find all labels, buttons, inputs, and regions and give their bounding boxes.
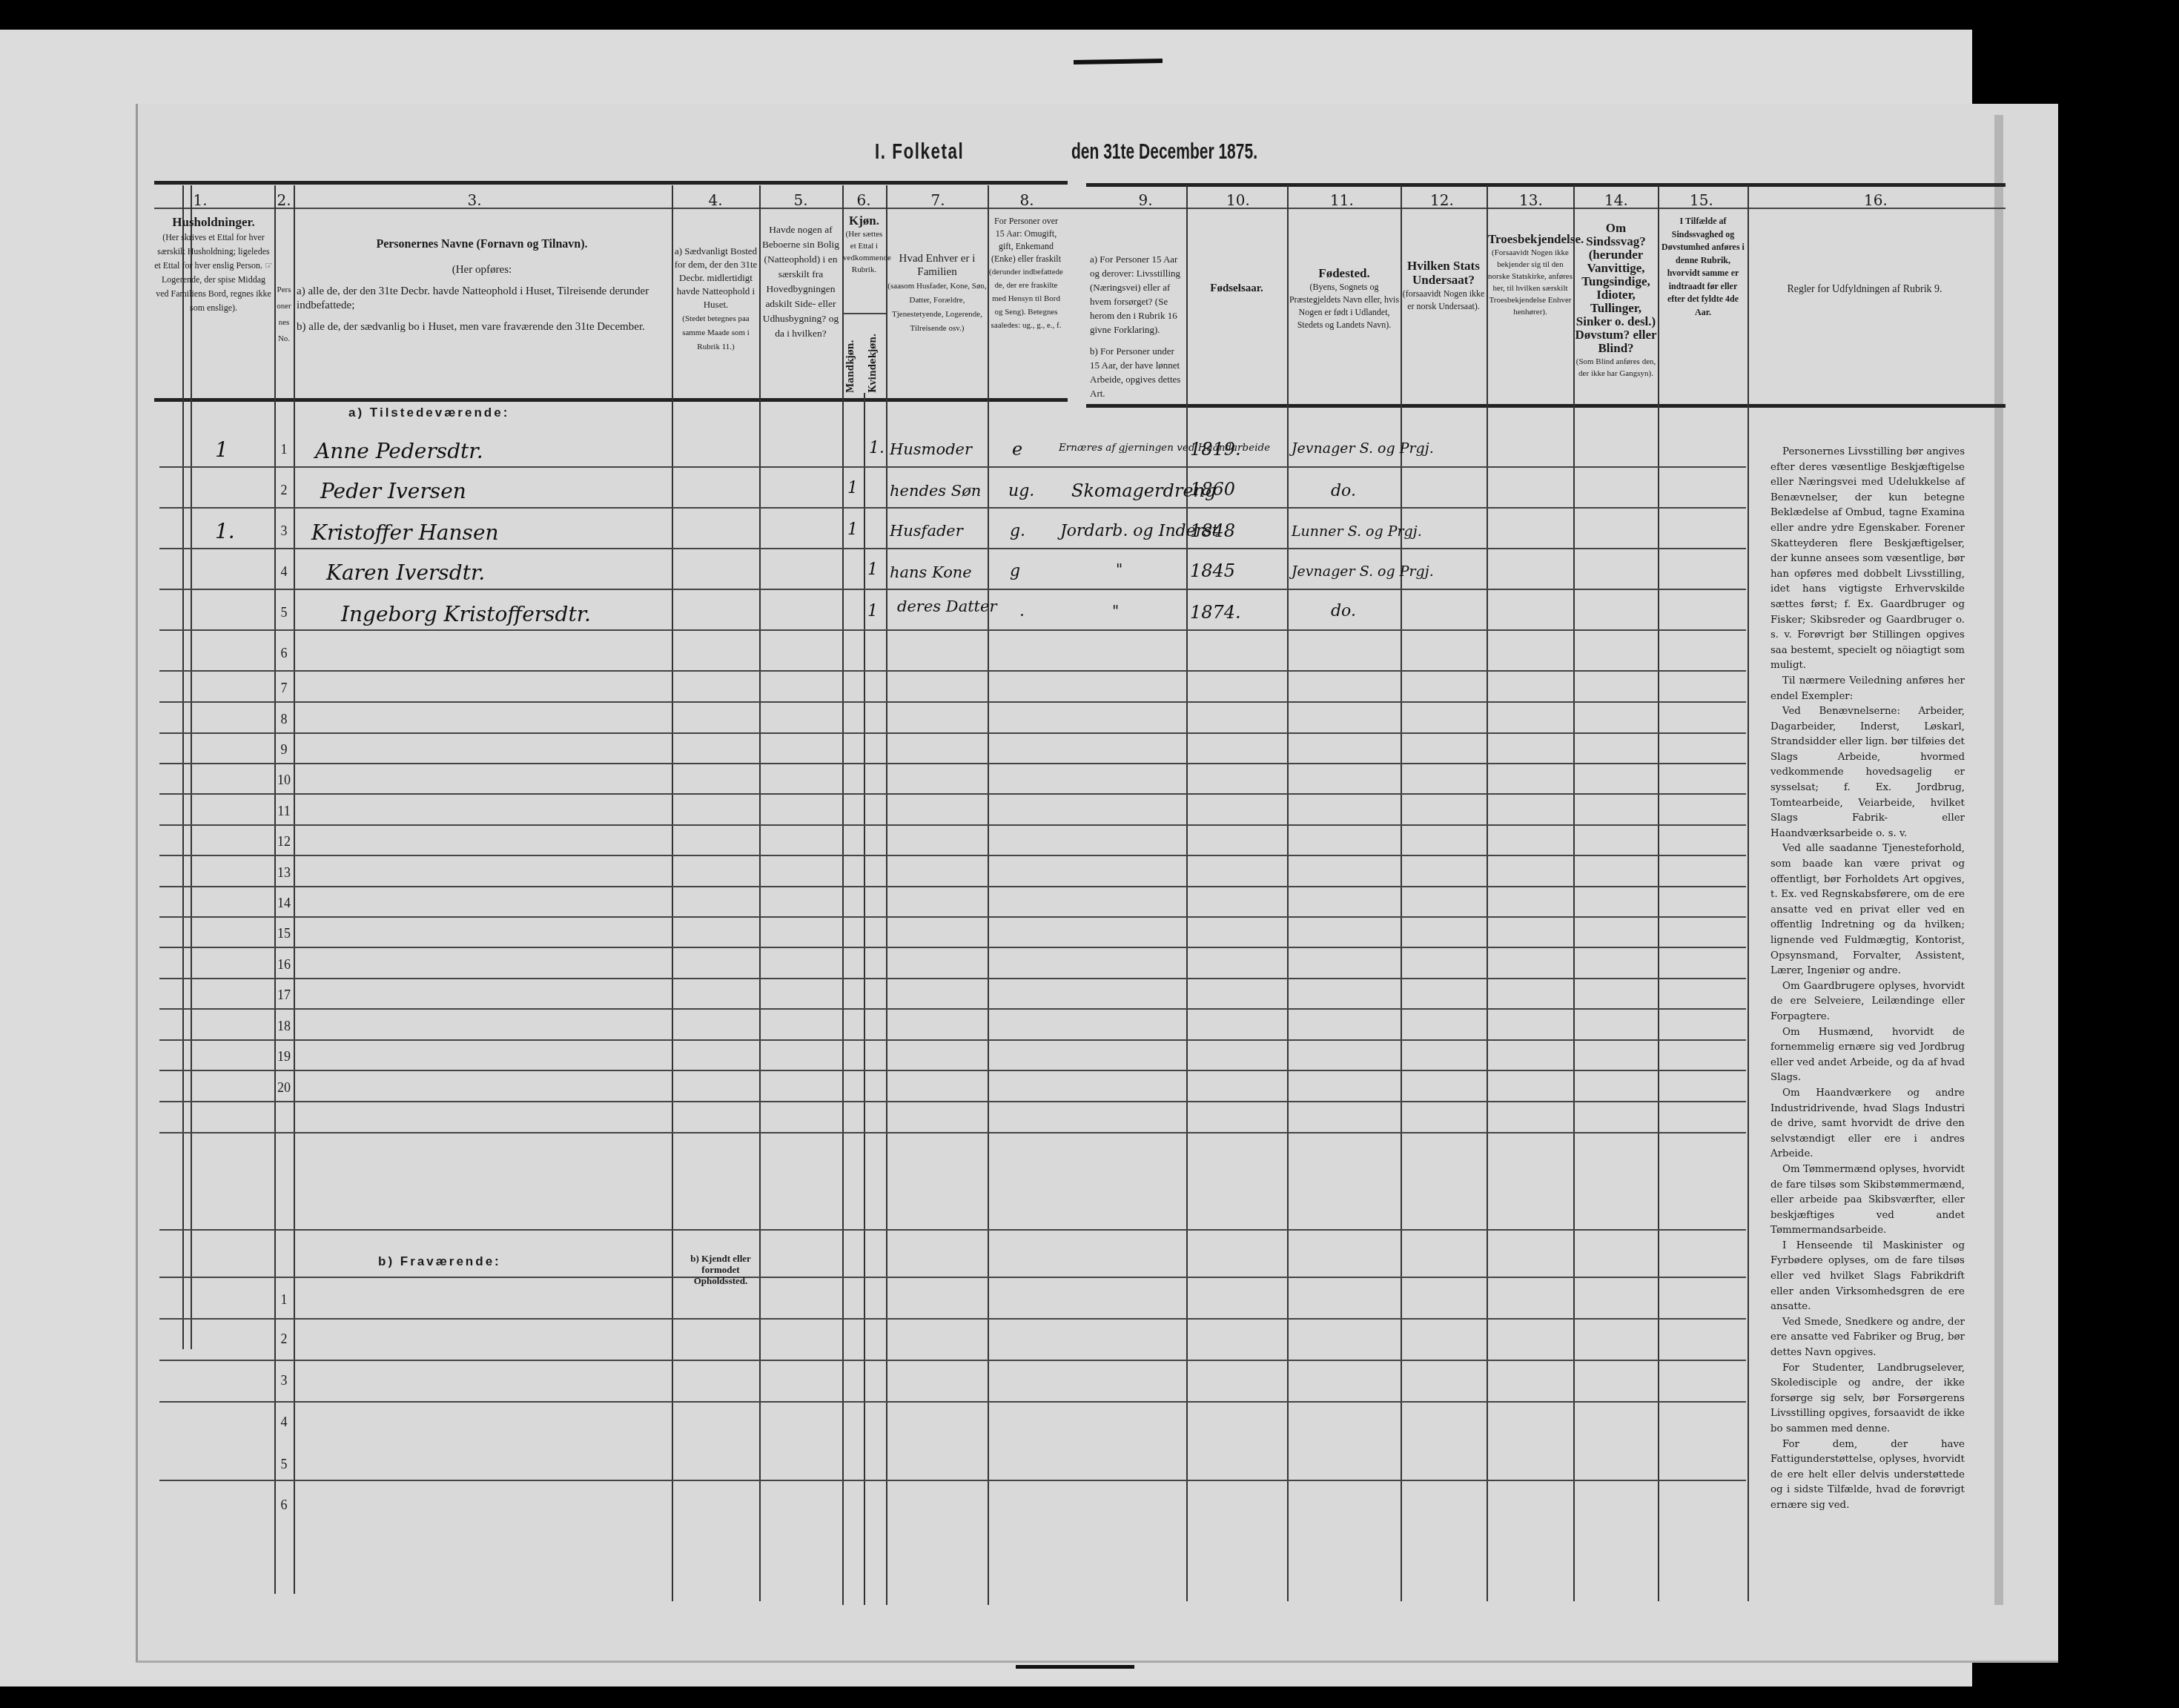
col-number: 15. (1687, 191, 1716, 209)
form-title: I. Folketal (875, 139, 964, 165)
household-mark: 1. (215, 519, 235, 543)
col-number: 5. (786, 191, 816, 209)
person-name: Anne Pedersdtr. (315, 439, 483, 463)
row-rule (159, 732, 1746, 734)
person-name: Peder Iversen (320, 479, 466, 503)
col-divider (759, 185, 761, 1601)
row-number: 6 (274, 1497, 294, 1513)
header-col12: Hvilken Stats Undersaat? (forsaavidt Nog… (1402, 259, 1485, 313)
rule-paragraph: Ved alle saadanne Tjenesteforhold, som b… (1770, 841, 1965, 979)
col-number: 10. (1223, 191, 1253, 209)
header-col1: Husholdninger. (Her skrives et Ettal for… (154, 215, 273, 315)
header-note: (saasom Husfader, Kone, Søn, Datter, For… (887, 282, 986, 333)
col-divider (842, 185, 844, 1605)
rule-paragraph: Om Husmænd, hvorvidt de fornemmelig ernæ… (1770, 1025, 1965, 1086)
row-rule (159, 1277, 1746, 1278)
row-number: 11 (274, 804, 294, 819)
birthplace: do. (1331, 602, 1356, 620)
row-rule (159, 793, 1746, 795)
header-title: Fødested. (1318, 266, 1369, 280)
row-number: 17 (274, 987, 294, 1003)
col-number: 14. (1601, 191, 1631, 209)
header-col7: Hvad Enhver er i Familien (saasom Husfad… (887, 252, 987, 335)
rule-paragraph: Ved Smede, Snedkere og andre, der ere an… (1770, 1315, 1965, 1361)
col-divider (672, 185, 673, 1601)
header-title: Kjøn. (849, 213, 879, 228)
family-role: Husfader (890, 522, 963, 540)
col-divider (886, 185, 887, 1605)
row-number: 3 (274, 1373, 294, 1388)
col-number: 1. (189, 191, 211, 209)
header-note: (Stedet betegnes paa samme Maade som i R… (682, 314, 750, 351)
header-note: (Byens, Sognets og Præstegjeldets Navn e… (1289, 282, 1399, 330)
birthplace: do. (1331, 482, 1356, 500)
row-rule (159, 629, 1746, 631)
birthplace: Jevnager S. og Prgj. (1292, 563, 1434, 580)
row-rule (159, 589, 1746, 590)
header-col15: I Tilfælde af Sindssvaghed og Døvstumhed… (1659, 215, 1747, 319)
family-role: hendes Søn (890, 482, 981, 500)
person-name: Ingeborg Kristoffersdtr. (341, 602, 591, 626)
header-col5: Havde nogen af Beboerne sin Bolig (Natte… (761, 222, 841, 341)
row-rule (159, 1101, 1746, 1102)
header-title: Personernes Navne (Fornavn og Tilnavn). (297, 237, 667, 251)
col-number: 2. (274, 191, 294, 209)
col-divider (864, 393, 865, 1605)
col-number: 7. (923, 191, 953, 209)
header-line-b: b) For Personer under 15 Aar, der have l… (1090, 344, 1185, 400)
colnum-rule (154, 208, 2006, 209)
header-note: (Forsaavidt Nogen ikke bekjender sig til… (1488, 248, 1573, 317)
row-number: 7 (274, 681, 294, 696)
row-rule (159, 548, 1746, 549)
row-number: 13 (274, 865, 294, 881)
header-note: (Her sættes et Ettal i vedkommende Rubri… (843, 230, 891, 274)
row-number: 5 (274, 605, 294, 620)
header-title: Om Sindssvag? (herunder Vanvittige, Tung… (1575, 221, 1656, 355)
header-line-a: a) For Personer 15 Aar og derover: Livss… (1090, 252, 1185, 337)
row-rule (159, 886, 1746, 887)
header-col14: Om Sindssvag? (herunder Vanvittige, Tung… (1575, 222, 1657, 380)
header-rule (154, 181, 1068, 185)
row-number: 9 (274, 742, 294, 758)
row-number: 8 (274, 712, 294, 727)
header-title: Hvad Enhver er i Familien (899, 253, 976, 278)
birth-year: 1860 (1190, 479, 1235, 500)
row-number: 15 (274, 926, 294, 941)
header-col4: a) Sædvanligt Bosted for dem, der den 31… (673, 245, 758, 354)
row-number: 16 (274, 957, 294, 973)
sub-rule (843, 313, 886, 314)
row-rule (159, 701, 1746, 703)
row-rule (159, 824, 1746, 826)
family-role: deres Datter (897, 598, 997, 615)
rule-paragraph: I Henseende til Maskinister og Fyrbødere… (1770, 1239, 1965, 1315)
row-number: 4 (274, 1414, 294, 1430)
row-number: 2 (274, 483, 294, 498)
row-rule (159, 1318, 1746, 1320)
male-mark: 1 (847, 520, 858, 539)
row-rule (159, 1480, 1746, 1481)
header-line-a: a) alle de, der den 31te Decbr. havde Na… (297, 285, 667, 313)
col-divider (1658, 185, 1659, 1601)
birth-year: 1848 (1190, 520, 1235, 541)
header-title: For Personer over 15 Aar: Omugift, gift,… (991, 216, 1061, 264)
female-mark: 1 (867, 602, 878, 620)
header-line-b: b) alle de, der sædvanlig bo i Huset, me… (297, 320, 667, 334)
row-number: 4 (274, 564, 294, 580)
row-rule (159, 1070, 1746, 1071)
row-rule (159, 947, 1746, 948)
row-rule (159, 1229, 1746, 1231)
col-number: 4. (701, 191, 730, 209)
header-title: Troesbekjendelse. (1488, 232, 1584, 246)
col-number: 16. (1861, 191, 1891, 209)
birth-year: 1845 (1190, 560, 1235, 581)
header-note: (forsaavidt Nogen ikke er norsk Undersaa… (1403, 288, 1485, 311)
household-mark: 1 (215, 437, 228, 462)
rule-paragraph: Om Tømmermænd oplyses, hvorvidt de fare … (1770, 1162, 1965, 1239)
row-rule (159, 466, 1746, 468)
row-rule (159, 763, 1746, 764)
row-number: 12 (274, 834, 294, 850)
header-note: (Her skrives et Ettal for hver særskilt … (154, 232, 273, 313)
civil-status: ug. (1008, 482, 1034, 500)
header-col3: Personernes Navne (Fornavn og Tilnavn). … (297, 237, 667, 334)
occupation-ditto: " (1112, 602, 1119, 620)
col-number: 3. (460, 191, 489, 209)
rule-paragraph: Ved Benævnelserne: Arbeider, Dagarbeider… (1770, 704, 1965, 841)
row-number: 3 (274, 523, 294, 539)
row-number: 1 (274, 1292, 294, 1308)
col-number: 11. (1327, 191, 1357, 209)
header-title: Husholdninger. (172, 215, 254, 229)
header-col8: For Personer over 15 Aar: Omugift, gift,… (989, 215, 1063, 332)
rule-paragraph: For dem, der have Fattigunderstøttelse, … (1770, 1437, 1965, 1514)
col-divider (988, 185, 989, 1605)
sheet-fold-edge (1994, 115, 2003, 1605)
row-rule (159, 1008, 1746, 1010)
section-present-label: a) Tilstedeværende: (348, 406, 509, 420)
person-name: Karen Iversdtr. (326, 560, 485, 585)
rule-paragraph: Til nærmere Veiledning anføres her endel… (1770, 674, 1965, 704)
col-number: 12. (1427, 191, 1457, 209)
row-rule (159, 855, 1746, 856)
row-number: 18 (274, 1019, 294, 1034)
rubrik-9-rules: Personernes Livsstilling bør angives eft… (1770, 445, 1965, 1514)
col-divider (294, 185, 295, 1594)
row-rule (159, 1360, 1746, 1361)
civil-status: . (1019, 602, 1025, 620)
col-divider (1401, 185, 1402, 1601)
col-divider (1186, 185, 1188, 1601)
female-mark: 1 (867, 560, 878, 579)
col-divider (1573, 185, 1575, 1601)
header-col16: Regler for Udfyldningen af Rubrik 9. (1779, 278, 1950, 302)
header-col10: Fødselsaar. (1188, 282, 1286, 296)
col-number: 8. (1012, 191, 1042, 209)
birthplace: Lunner S. og Prgj. (1292, 523, 1422, 540)
row-number: 20 (274, 1080, 294, 1096)
row-number: 5 (274, 1457, 294, 1472)
ink-mark (1016, 1665, 1134, 1669)
section-absent-label: b) Fraværende: (378, 1254, 501, 1269)
header-bottom-rule (1086, 404, 2006, 408)
family-role: hans Kone (890, 563, 972, 581)
header-col2: Personernes No. (275, 282, 293, 347)
col-divider (1487, 185, 1488, 1601)
rule-paragraph: For Studenter, Landbrugselever, Skoledis… (1770, 1361, 1965, 1437)
header-title: Hvilken Stats Undersaat? (1407, 259, 1480, 287)
occupation-ditto: " (1116, 560, 1122, 578)
family-role: Husmoder (890, 440, 972, 458)
header-col9: a) For Personer 15 Aar og derover: Livss… (1090, 252, 1185, 400)
row-number: 14 (274, 896, 294, 911)
col-number: 9. (1131, 191, 1160, 209)
header-col11: Fødested. (Byens, Sognets og Præstegjeld… (1289, 267, 1400, 331)
col-divider (1287, 185, 1289, 1601)
civil-status: g (1010, 562, 1020, 580)
row-rule (159, 916, 1746, 918)
birth-year: 1819. (1190, 439, 1241, 460)
person-name: Kristoffer Hansen (311, 520, 499, 545)
col-number: 13. (1516, 191, 1546, 209)
header-note: (derunder indbefattede de, der ere frask… (989, 268, 1063, 330)
row-rule (159, 978, 1746, 979)
male-mark: 1 (847, 479, 858, 497)
header-note: (Her opføres: (297, 263, 667, 277)
rule-paragraph: Personernes Livsstilling bør angives eft… (1770, 445, 1965, 674)
row-rule (159, 1039, 1746, 1041)
civil-status: g. (1010, 522, 1025, 540)
col-divider (191, 185, 192, 1349)
row-number: 6 (274, 646, 294, 661)
header-rule (1086, 183, 2006, 187)
row-rule (159, 1401, 1746, 1403)
col-divider (182, 185, 184, 1349)
col-number: 6. (849, 191, 879, 209)
row-number: 2 (274, 1331, 294, 1347)
row-rule (159, 1132, 1746, 1133)
header-col13: Troesbekjendelse. (Forsaavidt Nogen ikke… (1488, 234, 1573, 318)
row-number: 10 (274, 772, 294, 788)
header-note: (Som Blind anføres den, der ikke har Gan… (1576, 357, 1656, 378)
row-number: 1 (274, 442, 294, 457)
header-male: Mandkjøn. (845, 311, 862, 393)
header-female: Kvindekjøn. (867, 311, 884, 393)
header-bottom-rule (154, 398, 1068, 402)
col4-absent-note: b) Kjendt eller formodet Opholdssted. (676, 1253, 765, 1286)
row-number: 19 (274, 1049, 294, 1065)
header-col6: Kjøn. (Her sættes et Ettal i vedkommende… (843, 215, 885, 276)
birth-year: 1874. (1190, 602, 1241, 623)
header-title: a) Sædvanligt Bosted for dem, der den 31… (675, 245, 758, 310)
row-rule (159, 670, 1746, 672)
birthplace: Jevnager S. og Prgj. (1292, 440, 1434, 457)
rule-paragraph: Om Gaardbrugere oplyses, hvorvidt de ere… (1770, 979, 1965, 1025)
civil-status: e (1012, 439, 1022, 460)
female-mark: 1. (869, 439, 885, 457)
form-title-date: den 31te December 1875. (1071, 139, 1257, 165)
col-divider (1748, 185, 1749, 1601)
rule-paragraph: Om Haandværkere og andre Industridrivend… (1770, 1086, 1965, 1162)
row-rule (159, 507, 1746, 509)
